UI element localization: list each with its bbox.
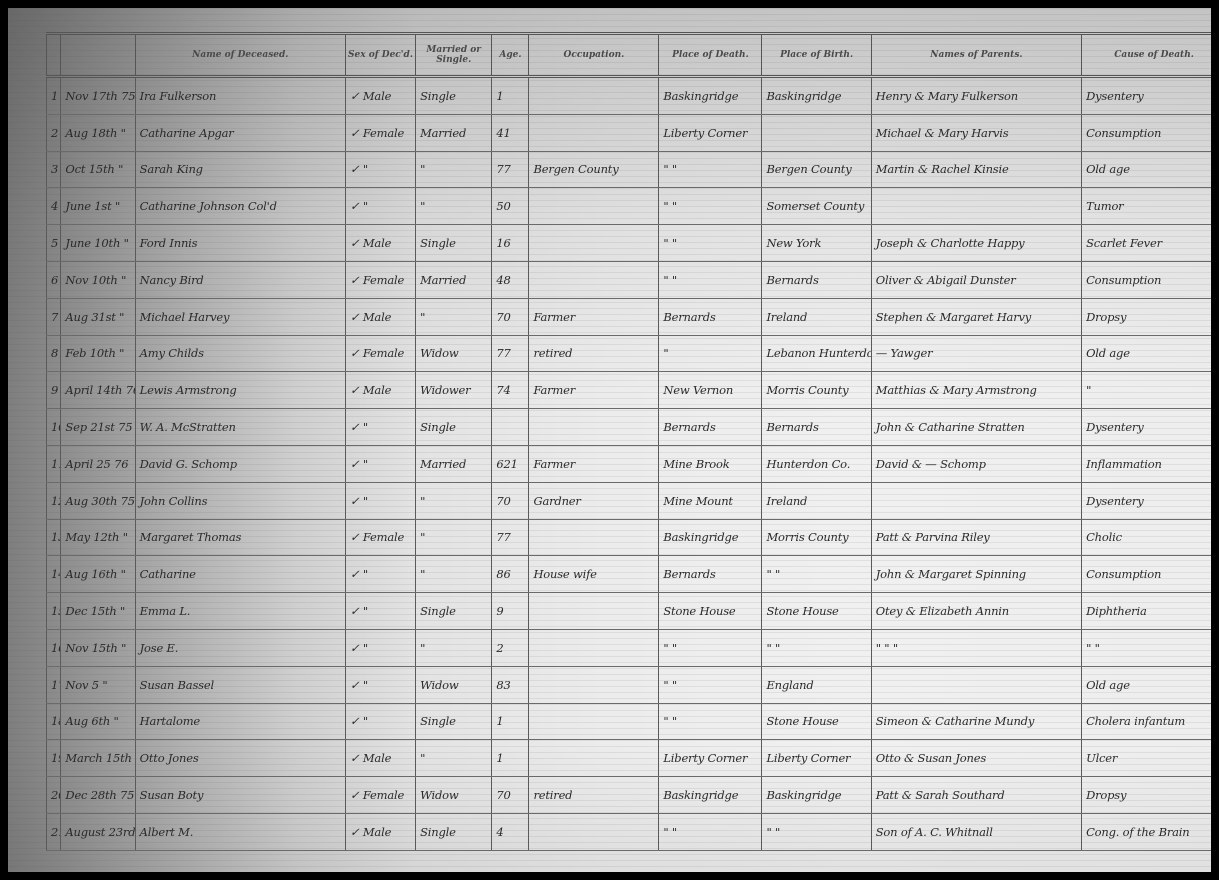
parents-names-cell: Michael & Mary Harvis bbox=[871, 114, 1081, 151]
table-row: 13May 12th "Margaret Thomas✓ Female"77Ba… bbox=[47, 519, 1212, 556]
place-of-birth-cell: Somerset County bbox=[762, 188, 871, 225]
deceased-name-cell: Susan Bassel bbox=[135, 666, 345, 703]
occupation-cell bbox=[529, 666, 659, 703]
place-of-death-cell: " bbox=[659, 335, 762, 372]
occupation-cell bbox=[529, 225, 659, 262]
place-of-death-cell: Bernards bbox=[659, 409, 762, 446]
place-of-birth-cell: Stone House bbox=[762, 703, 871, 740]
occupation-cell: House wife bbox=[529, 556, 659, 593]
marital-status-cell: " bbox=[416, 519, 492, 556]
deceased-name-cell: Ira Fulkerson bbox=[135, 77, 345, 115]
occupation-cell: Farmer bbox=[529, 372, 659, 409]
occupation-cell bbox=[529, 188, 659, 225]
cause-of-death-cell: Cholic bbox=[1082, 519, 1211, 556]
age-cell: 2 bbox=[492, 629, 529, 666]
deceased-name-cell: Lewis Armstrong bbox=[135, 372, 345, 409]
parents-names-cell: Patt & Sarah Southard bbox=[871, 777, 1081, 814]
date-of-death-cell: Nov 17th 75 bbox=[61, 77, 135, 115]
age-cell: 9 bbox=[492, 593, 529, 630]
place-of-death-cell: Stone House bbox=[659, 593, 762, 630]
cause-of-death-cell: Inflammation bbox=[1082, 445, 1211, 482]
row-number-cell: 3 bbox=[47, 151, 61, 188]
place-of-death-cell: " " bbox=[659, 151, 762, 188]
cause-of-death-cell: Old age bbox=[1082, 151, 1211, 188]
row-number-cell: 17 bbox=[47, 666, 61, 703]
cause-of-death-cell: Consumption bbox=[1082, 556, 1211, 593]
row-number-cell: 5 bbox=[47, 225, 61, 262]
header-parents: Names of Parents. bbox=[871, 34, 1081, 77]
deceased-name-cell: Catharine Apgar bbox=[135, 114, 345, 151]
header-sex: Sex of Dec'd. bbox=[345, 34, 415, 77]
place-of-death-cell: " " bbox=[659, 629, 762, 666]
place-of-death-cell: " " bbox=[659, 188, 762, 225]
row-number-cell: 11 bbox=[47, 445, 61, 482]
occupation-cell bbox=[529, 740, 659, 777]
row-number-cell: 14 bbox=[47, 556, 61, 593]
table-row: 1Nov 17th 75Ira Fulkerson✓ MaleSingle1Ba… bbox=[47, 77, 1212, 115]
row-number-cell: 4 bbox=[47, 188, 61, 225]
date-of-death-cell: Nov 15th " bbox=[61, 629, 135, 666]
header-row: Name of Deceased. Sex of Dec'd. Married … bbox=[47, 34, 1212, 77]
marital-status-cell: " bbox=[416, 298, 492, 335]
place-of-birth-cell: Bergen County bbox=[762, 151, 871, 188]
table-row: 9April 14th 76Lewis Armstrong✓ MaleWidow… bbox=[47, 372, 1212, 409]
sex-cell: ✓ " bbox=[345, 593, 415, 630]
date-of-death-cell: Aug 6th " bbox=[61, 703, 135, 740]
header-age: Age. bbox=[492, 34, 529, 77]
row-number-cell: 13 bbox=[47, 519, 61, 556]
occupation-cell bbox=[529, 114, 659, 151]
age-cell: 50 bbox=[492, 188, 529, 225]
parents-names-cell: Simeon & Catharine Mundy bbox=[871, 703, 1081, 740]
deceased-name-cell: Ford Innis bbox=[135, 225, 345, 262]
date-of-death-cell: April 14th 76 bbox=[61, 372, 135, 409]
marital-status-cell: Single bbox=[416, 225, 492, 262]
death-register-table: Name of Deceased. Sex of Dec'd. Married … bbox=[46, 32, 1211, 851]
sex-cell: ✓ " bbox=[345, 629, 415, 666]
marital-status-cell: Widow bbox=[416, 777, 492, 814]
occupation-cell bbox=[529, 261, 659, 298]
parents-names-cell bbox=[871, 188, 1081, 225]
place-of-birth-cell: Ireland bbox=[762, 482, 871, 519]
occupation-cell bbox=[529, 77, 659, 115]
place-of-birth-cell: Lebanon Hunterdon bbox=[762, 335, 871, 372]
age-cell bbox=[492, 409, 529, 446]
cause-of-death-cell: Cholera infantum bbox=[1082, 703, 1211, 740]
table-row: 7Aug 31st "Michael Harvey✓ Male"70Farmer… bbox=[47, 298, 1212, 335]
sex-cell: ✓ " bbox=[345, 188, 415, 225]
cause-of-death-cell: " " bbox=[1082, 629, 1211, 666]
marital-status-cell: " bbox=[416, 740, 492, 777]
table-row: 11April 25 76David G. Schomp✓ "Married62… bbox=[47, 445, 1212, 482]
age-cell: 86 bbox=[492, 556, 529, 593]
parents-names-cell: John & Catharine Stratten bbox=[871, 409, 1081, 446]
occupation-cell bbox=[529, 593, 659, 630]
header-cause: Cause of Death. bbox=[1082, 34, 1211, 77]
place-of-birth-cell: Stone House bbox=[762, 593, 871, 630]
age-cell: 74 bbox=[492, 372, 529, 409]
deceased-name-cell: Susan Boty bbox=[135, 777, 345, 814]
table-row: 16Nov 15th "Jose E.✓ ""2" "" "" " "" " bbox=[47, 629, 1212, 666]
date-of-death-cell: Dec 15th " bbox=[61, 593, 135, 630]
age-cell: 1 bbox=[492, 703, 529, 740]
cause-of-death-cell: Dropsy bbox=[1082, 298, 1211, 335]
marital-status-cell: Widow bbox=[416, 335, 492, 372]
parents-names-cell bbox=[871, 666, 1081, 703]
parents-names-cell: John & Margaret Spinning bbox=[871, 556, 1081, 593]
sex-cell: ✓ Male bbox=[345, 740, 415, 777]
header-name: Name of Deceased. bbox=[135, 34, 345, 77]
place-of-birth-cell: " " bbox=[762, 629, 871, 666]
marital-status-cell: Single bbox=[416, 593, 492, 630]
place-of-death-cell: Baskingridge bbox=[659, 777, 762, 814]
date-of-death-cell: June 1st " bbox=[61, 188, 135, 225]
row-number-cell: 20 bbox=[47, 777, 61, 814]
date-of-death-cell: Oct 15th " bbox=[61, 151, 135, 188]
date-of-death-cell: Aug 31st " bbox=[61, 298, 135, 335]
occupation-cell: retired bbox=[529, 335, 659, 372]
marital-status-cell: " bbox=[416, 556, 492, 593]
date-of-death-cell: May 12th " bbox=[61, 519, 135, 556]
sex-cell: ✓ " bbox=[345, 666, 415, 703]
cause-of-death-cell: Dysentery bbox=[1082, 409, 1211, 446]
sex-cell: ✓ " bbox=[345, 703, 415, 740]
table-row: 18Aug 6th "Hartalome✓ "Single1" "Stone H… bbox=[47, 703, 1212, 740]
parents-names-cell: Otey & Elizabeth Annin bbox=[871, 593, 1081, 630]
table-row: 21August 23rd "Albert M.✓ MaleSingle4" "… bbox=[47, 813, 1212, 850]
age-cell: 41 bbox=[492, 114, 529, 151]
cause-of-death-cell: Dropsy bbox=[1082, 777, 1211, 814]
place-of-death-cell: Liberty Corner bbox=[659, 114, 762, 151]
row-number-cell: 21 bbox=[47, 813, 61, 850]
place-of-death-cell: Mine Brook bbox=[659, 445, 762, 482]
age-cell: 77 bbox=[492, 335, 529, 372]
occupation-cell bbox=[529, 703, 659, 740]
occupation-cell: Gardner bbox=[529, 482, 659, 519]
place-of-birth-cell: England bbox=[762, 666, 871, 703]
table-row: 14Aug 16th "Catharine✓ ""86House wifeBer… bbox=[47, 556, 1212, 593]
deceased-name-cell: Catharine Johnson Col'd bbox=[135, 188, 345, 225]
row-number-cell: 19 bbox=[47, 740, 61, 777]
sex-cell: ✓ " bbox=[345, 445, 415, 482]
age-cell: 70 bbox=[492, 298, 529, 335]
parents-names-cell: Joseph & Charlotte Happy bbox=[871, 225, 1081, 262]
age-cell: 1 bbox=[492, 77, 529, 115]
table-row: 6Nov 10th "Nancy Bird✓ FemaleMarried48" … bbox=[47, 261, 1212, 298]
marital-status-cell: Widower bbox=[416, 372, 492, 409]
parents-names-cell: Oliver & Abigail Dunster bbox=[871, 261, 1081, 298]
marital-status-cell: Single bbox=[416, 77, 492, 115]
place-of-birth-cell: Liberty Corner bbox=[762, 740, 871, 777]
table-row: 17Nov 5 "Susan Bassel✓ "Widow83" "Englan… bbox=[47, 666, 1212, 703]
row-number-cell: 15 bbox=[47, 593, 61, 630]
place-of-birth-cell: Morris County bbox=[762, 519, 871, 556]
date-of-death-cell: August 23rd " bbox=[61, 813, 135, 850]
deceased-name-cell: Michael Harvey bbox=[135, 298, 345, 335]
parents-names-cell: Patt & Parvina Riley bbox=[871, 519, 1081, 556]
row-number-cell: 8 bbox=[47, 335, 61, 372]
marital-status-cell: Widow bbox=[416, 666, 492, 703]
table-row: 20Dec 28th 75Susan Boty✓ FemaleWidow70re… bbox=[47, 777, 1212, 814]
cause-of-death-cell: Ulcer bbox=[1082, 740, 1211, 777]
occupation-cell bbox=[529, 629, 659, 666]
place-of-birth-cell: Ireland bbox=[762, 298, 871, 335]
sex-cell: ✓ Female bbox=[345, 114, 415, 151]
table-row: 19March 15th 76Otto Jones✓ Male"1Liberty… bbox=[47, 740, 1212, 777]
place-of-birth-cell: Bernards bbox=[762, 409, 871, 446]
header-place-of-death: Place of Death. bbox=[659, 34, 762, 77]
place-of-birth-cell: New York bbox=[762, 225, 871, 262]
parents-names-cell: Henry & Mary Fulkerson bbox=[871, 77, 1081, 115]
place-of-birth-cell: Hunterdon Co. bbox=[762, 445, 871, 482]
parents-names-cell: " " " bbox=[871, 629, 1081, 666]
header-date bbox=[61, 34, 135, 77]
date-of-death-cell: Aug 30th 75 bbox=[61, 482, 135, 519]
date-of-death-cell: Aug 16th " bbox=[61, 556, 135, 593]
sex-cell: ✓ Male bbox=[345, 77, 415, 115]
marital-status-cell: Single bbox=[416, 703, 492, 740]
sex-cell: ✓ Female bbox=[345, 777, 415, 814]
deceased-name-cell: Margaret Thomas bbox=[135, 519, 345, 556]
occupation-cell: Farmer bbox=[529, 445, 659, 482]
deceased-name-cell: David G. Schomp bbox=[135, 445, 345, 482]
deceased-name-cell: Otto Jones bbox=[135, 740, 345, 777]
place-of-birth-cell: " " bbox=[762, 813, 871, 850]
deceased-name-cell: Emma L. bbox=[135, 593, 345, 630]
cause-of-death-cell: Diphtheria bbox=[1082, 593, 1211, 630]
parents-names-cell: Matthias & Mary Armstrong bbox=[871, 372, 1081, 409]
deceased-name-cell: Albert M. bbox=[135, 813, 345, 850]
place-of-death-cell: Liberty Corner bbox=[659, 740, 762, 777]
table-row: 4June 1st "Catharine Johnson Col'd✓ ""50… bbox=[47, 188, 1212, 225]
age-cell: 621 bbox=[492, 445, 529, 482]
age-cell: 48 bbox=[492, 261, 529, 298]
place-of-birth-cell: " " bbox=[762, 556, 871, 593]
table-row: 10Sep 21st 75W. A. McStratten✓ "SingleBe… bbox=[47, 409, 1212, 446]
deceased-name-cell: W. A. McStratten bbox=[135, 409, 345, 446]
header-occupation: Occupation. bbox=[529, 34, 659, 77]
cause-of-death-cell: Old age bbox=[1082, 666, 1211, 703]
marital-status-cell: " bbox=[416, 629, 492, 666]
deceased-name-cell: Jose E. bbox=[135, 629, 345, 666]
marital-status-cell: " bbox=[416, 151, 492, 188]
sex-cell: ✓ Male bbox=[345, 372, 415, 409]
parents-names-cell: Stephen & Margaret Harvy bbox=[871, 298, 1081, 335]
deceased-name-cell: Catharine bbox=[135, 556, 345, 593]
occupation-cell bbox=[529, 519, 659, 556]
place-of-birth-cell bbox=[762, 114, 871, 151]
row-number-cell: 2 bbox=[47, 114, 61, 151]
date-of-death-cell: Nov 10th " bbox=[61, 261, 135, 298]
sex-cell: ✓ Male bbox=[345, 298, 415, 335]
sex-cell: ✓ " bbox=[345, 556, 415, 593]
marital-status-cell: " bbox=[416, 482, 492, 519]
row-number-cell: 7 bbox=[47, 298, 61, 335]
deceased-name-cell: Nancy Bird bbox=[135, 261, 345, 298]
sex-cell: ✓ " bbox=[345, 151, 415, 188]
age-cell: 77 bbox=[492, 519, 529, 556]
place-of-death-cell: " " bbox=[659, 666, 762, 703]
sex-cell: ✓ " bbox=[345, 409, 415, 446]
age-cell: 4 bbox=[492, 813, 529, 850]
place-of-death-cell: " " bbox=[659, 703, 762, 740]
parents-names-cell: Otto & Susan Jones bbox=[871, 740, 1081, 777]
row-number-cell: 1 bbox=[47, 77, 61, 115]
table-row: 5June 10th "Ford Innis✓ MaleSingle16" "N… bbox=[47, 225, 1212, 262]
ledger-body: 1Nov 17th 75Ira Fulkerson✓ MaleSingle1Ba… bbox=[47, 77, 1212, 851]
place-of-death-cell: " " bbox=[659, 813, 762, 850]
row-number-cell: 9 bbox=[47, 372, 61, 409]
date-of-death-cell: March 15th 76 bbox=[61, 740, 135, 777]
marital-status-cell: Married bbox=[416, 445, 492, 482]
header-married: Married or Single. bbox=[416, 34, 492, 77]
row-number-cell: 18 bbox=[47, 703, 61, 740]
row-number-cell: 12 bbox=[47, 482, 61, 519]
place-of-death-cell: Baskingridge bbox=[659, 77, 762, 115]
parents-names-cell: — Yawger bbox=[871, 335, 1081, 372]
cause-of-death-cell: Dysentery bbox=[1082, 482, 1211, 519]
date-of-death-cell: June 10th " bbox=[61, 225, 135, 262]
cause-of-death-cell: " bbox=[1082, 372, 1211, 409]
cause-of-death-cell: Consumption bbox=[1082, 114, 1211, 151]
deceased-name-cell: Sarah King bbox=[135, 151, 345, 188]
date-of-death-cell: Sep 21st 75 bbox=[61, 409, 135, 446]
marital-status-cell: Married bbox=[416, 261, 492, 298]
marital-status-cell: Single bbox=[416, 409, 492, 446]
sex-cell: ✓ Female bbox=[345, 519, 415, 556]
sex-cell: ✓ Female bbox=[345, 261, 415, 298]
sex-cell: ✓ " bbox=[345, 482, 415, 519]
sex-cell: ✓ Female bbox=[345, 335, 415, 372]
table-row: 3Oct 15th "Sarah King✓ ""77Bergen County… bbox=[47, 151, 1212, 188]
age-cell: 70 bbox=[492, 777, 529, 814]
table-row: 15Dec 15th "Emma L.✓ "Single9Stone House… bbox=[47, 593, 1212, 630]
cause-of-death-cell: Scarlet Fever bbox=[1082, 225, 1211, 262]
sex-cell: ✓ Male bbox=[345, 225, 415, 262]
cause-of-death-cell: Tumor bbox=[1082, 188, 1211, 225]
occupation-cell: Farmer bbox=[529, 298, 659, 335]
deceased-name-cell: Hartalome bbox=[135, 703, 345, 740]
date-of-death-cell: Dec 28th 75 bbox=[61, 777, 135, 814]
marital-status-cell: Single bbox=[416, 813, 492, 850]
header-place-of-birth: Place of Birth. bbox=[762, 34, 871, 77]
deceased-name-cell: Amy Childs bbox=[135, 335, 345, 372]
marital-status-cell: " bbox=[416, 188, 492, 225]
ledger-page: Name of Deceased. Sex of Dec'd. Married … bbox=[8, 8, 1211, 872]
parents-names-cell: Son of A. C. Whitnall bbox=[871, 813, 1081, 850]
place-of-death-cell: Bernards bbox=[659, 298, 762, 335]
place-of-birth-cell: Morris County bbox=[762, 372, 871, 409]
place-of-death-cell: " " bbox=[659, 261, 762, 298]
parents-names-cell: Martin & Rachel Kinsie bbox=[871, 151, 1081, 188]
deceased-name-cell: John Collins bbox=[135, 482, 345, 519]
age-cell: 70 bbox=[492, 482, 529, 519]
date-of-death-cell: April 25 76 bbox=[61, 445, 135, 482]
parents-names-cell bbox=[871, 482, 1081, 519]
occupation-cell: retired bbox=[529, 777, 659, 814]
cause-of-death-cell: Old age bbox=[1082, 335, 1211, 372]
date-of-death-cell: Nov 5 " bbox=[61, 666, 135, 703]
cause-of-death-cell: Dysentery bbox=[1082, 77, 1211, 115]
occupation-cell: Bergen County bbox=[529, 151, 659, 188]
date-of-death-cell: Feb 10th " bbox=[61, 335, 135, 372]
age-cell: 77 bbox=[492, 151, 529, 188]
place-of-death-cell: " " bbox=[659, 225, 762, 262]
table-row: 12Aug 30th 75John Collins✓ ""70GardnerMi… bbox=[47, 482, 1212, 519]
sex-cell: ✓ Male bbox=[345, 813, 415, 850]
table-row: 8Feb 10th "Amy Childs✓ FemaleWidow77reti… bbox=[47, 335, 1212, 372]
place-of-death-cell: Baskingridge bbox=[659, 519, 762, 556]
occupation-cell bbox=[529, 813, 659, 850]
place-of-death-cell: Mine Mount bbox=[659, 482, 762, 519]
age-cell: 1 bbox=[492, 740, 529, 777]
cause-of-death-cell: Cong. of the Brain bbox=[1082, 813, 1211, 850]
table-row: 2Aug 18th "Catharine Apgar✓ FemaleMarrie… bbox=[47, 114, 1212, 151]
occupation-cell bbox=[529, 409, 659, 446]
place-of-birth-cell: Baskingridge bbox=[762, 77, 871, 115]
place-of-death-cell: New Vernon bbox=[659, 372, 762, 409]
cause-of-death-cell: Consumption bbox=[1082, 261, 1211, 298]
header-number bbox=[47, 34, 61, 77]
date-of-death-cell: Aug 18th " bbox=[61, 114, 135, 151]
place-of-death-cell: Bernards bbox=[659, 556, 762, 593]
place-of-birth-cell: Bernards bbox=[762, 261, 871, 298]
row-number-cell: 16 bbox=[47, 629, 61, 666]
place-of-birth-cell: Baskingridge bbox=[762, 777, 871, 814]
age-cell: 16 bbox=[492, 225, 529, 262]
age-cell: 83 bbox=[492, 666, 529, 703]
parents-names-cell: David & — Schomp bbox=[871, 445, 1081, 482]
marital-status-cell: Married bbox=[416, 114, 492, 151]
row-number-cell: 6 bbox=[47, 261, 61, 298]
row-number-cell: 10 bbox=[47, 409, 61, 446]
